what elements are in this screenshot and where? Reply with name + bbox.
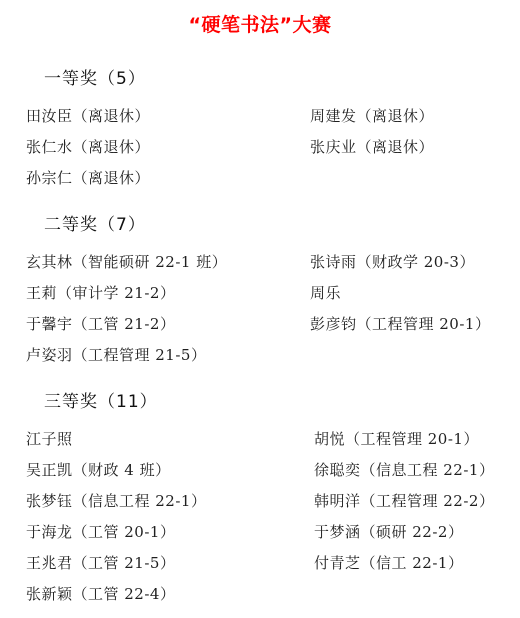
winner-entry: 王莉（审计学 21-2） (26, 283, 175, 303)
winner-entry: 孙宗仁（离退休） (26, 168, 150, 188)
winner-entry: 张仁水（离退休） (26, 137, 150, 157)
section-heading-second-prize: 二等奖（7） (44, 210, 146, 235)
winner-entry: 江子照 (26, 429, 73, 449)
winner-entry: 周建发（离退休） (310, 106, 434, 126)
winner-entry: 玄其林（智能硕研 22-1 班） (26, 252, 227, 272)
winner-entry: 王兆君（工管 21-5） (26, 553, 175, 573)
section-heading-third-prize: 三等奖（11） (44, 387, 158, 412)
page-title: “硬笔书法”大赛 (0, 10, 520, 37)
winner-entry: 卢姿羽（工程管理 21-5） (26, 345, 206, 365)
winner-entry: 张庆业（离退休） (310, 137, 434, 157)
winner-entry: 付青芝（信工 22-1） (314, 553, 463, 573)
winner-entry: 胡悦（工程管理 20-1） (314, 429, 479, 449)
winner-entry: 田汝臣（离退休） (26, 106, 150, 126)
winner-entry: 吴正凯（财政 4 班） (26, 460, 171, 480)
winner-entry: 于海龙（工管 20-1） (26, 522, 175, 542)
winner-entry: 张新颖（工管 22-4） (26, 584, 175, 604)
section-heading-first-prize: 一等奖（5） (44, 64, 146, 89)
winner-entry: 周乐 (310, 283, 341, 303)
winner-entry: 张梦钰（信息工程 22-1） (26, 491, 206, 511)
winner-entry: 于梦涵（硕研 22-2） (314, 522, 463, 542)
winner-entry: 彭彦钧（工程管理 20-1） (310, 314, 490, 334)
winner-entry: 韩明洋（工程管理 22-2） (314, 491, 494, 511)
winner-entry: 徐聪奕（信息工程 22-1） (314, 460, 494, 480)
winner-entry: 于馨宇（工管 21-2） (26, 314, 175, 334)
winner-entry: 张诗雨（财政学 20-3） (310, 252, 475, 272)
